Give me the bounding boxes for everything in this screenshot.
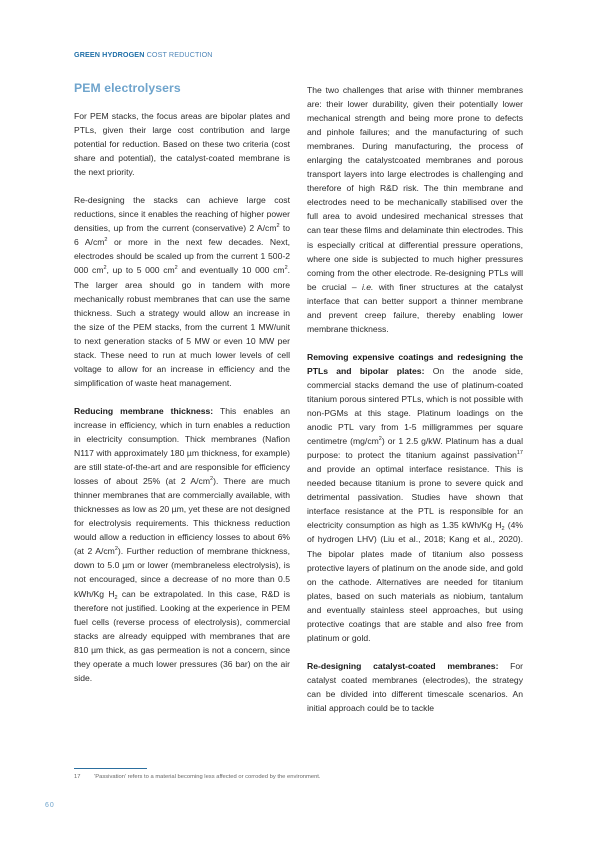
paragraph-challenges: The two challenges that arise with thinn… [307,83,523,336]
footnote: 17‘Passivation’ refers to a material bec… [74,774,321,780]
footnote-divider [74,768,147,769]
right-column: The two challenges that arise with thinn… [307,83,523,729]
paragraph-text: , up to 5 000 cm [107,265,175,275]
paragraph-lead-heading: Re-designing catalyst-coated membranes: [307,661,498,671]
paragraph-text: For PEM stacks, the focus areas are bipo… [74,111,290,177]
paragraph-text: can be extrapolated. In this case, R&D i… [74,589,290,683]
footnote-reference[interactable]: 17 [517,450,523,456]
section-title: PEM electrolysers [74,80,290,96]
paragraph-text: (4% of hydrogen LHV) (Liu et al., 2018; … [307,520,523,642]
paragraph-text: On the anode side, commercial stacks dem… [307,366,523,446]
italic-text: i.e. [362,282,373,292]
paragraph-text: The two challenges that arise with thinn… [307,85,523,292]
running-header-series: GREEN HYDROGEN [74,50,145,59]
paragraph-text: This enables an increase in efficiency, … [74,406,290,486]
paragraph-ccm: Re-designing catalyst-coated membranes: … [307,659,523,715]
left-column: PEM electrolysers For PEM stacks, the fo… [74,80,290,699]
page-number: 60 [45,802,55,809]
paragraph-membrane-thickness: Reducing membrane thickness: This enable… [74,404,290,685]
running-header: GREEN HYDROGEN COST REDUCTION [74,50,213,59]
paragraph-intro: For PEM stacks, the focus areas are bipo… [74,109,290,179]
paragraph-text: and eventually 10 000 cm [178,265,285,275]
footnote-number: 17 [74,774,94,780]
running-header-title: COST REDUCTION [145,50,213,59]
paragraph-text: ). There are much thinner membranes that… [74,476,290,556]
paragraph-lead-heading: Reducing membrane thickness: [74,406,213,416]
paragraph-text: Re-designing the stacks can achieve larg… [74,195,290,233]
paragraph-text: . The larger area should go in tandem wi… [74,265,290,387]
paragraph-stack-redesign: Re-designing the stacks can achieve larg… [74,193,290,390]
paragraph-coatings: Removing expensive coatings and redesign… [307,350,523,645]
footnote-text: ‘Passivation’ refers to a material becom… [94,774,321,780]
paragraph-text: and provide an optimal interface resista… [307,464,523,530]
